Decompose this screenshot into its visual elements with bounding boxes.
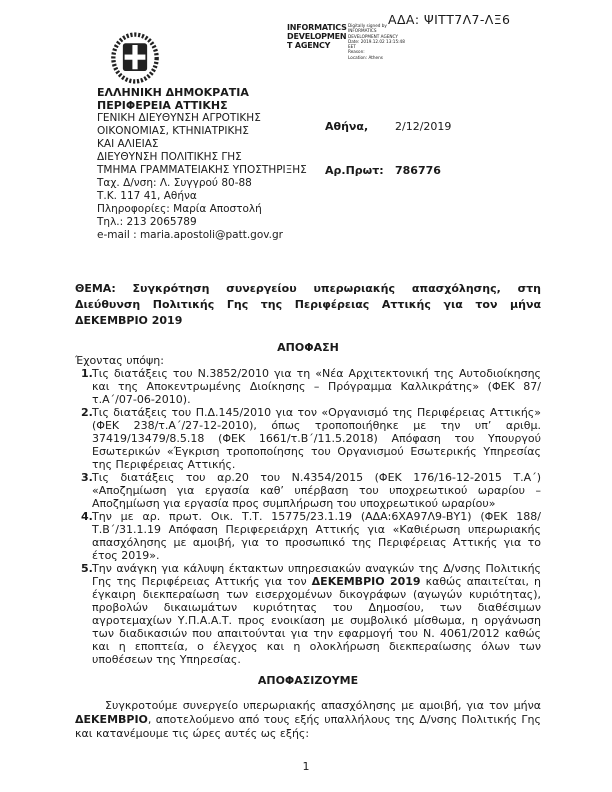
- item-text-run: Τις διατάξεις του Ν.3852/2010 για τη «Νέ…: [92, 367, 541, 406]
- subject-paragraph: ΘΕΜΑ: Συγκρότηση συνεργείου υπερωριακής …: [75, 281, 541, 329]
- email-address: e-mail : maria.apostoli@patt.gov.gr: [97, 229, 337, 242]
- item-text-bold-run: ΔΕΚΕΜΒΡΙΟ 2019: [312, 575, 421, 588]
- city-label: Αθήνα,: [325, 120, 395, 133]
- protocol-row: Αρ.Πρωτ: 786776: [325, 164, 545, 177]
- item-number: 5.: [75, 562, 92, 666]
- item-text: Τις διατάξεις του Π.Δ.145/2010 για τον «…: [92, 406, 541, 471]
- preamble: Έχοντας υπόψη:: [75, 354, 541, 367]
- signature-detail-line: Location: Athens: [348, 55, 405, 60]
- phone-number: Τηλ.: 213 2065789: [97, 216, 337, 229]
- department-line: ΤΜΗΜΑ ΓΡΑΜΜΑΤΕΙΑΚΗΣ ΥΠΟΣΤΗΡΙΞΗΣ: [97, 164, 337, 177]
- region-title: ΠΕΡΙΦΕΡΕΙΑ ΑΤΤΙΚΗΣ: [97, 99, 337, 112]
- item-text: Τις διατάξεις του αρ.20 του Ν.4354/2015 …: [92, 471, 541, 510]
- document-date: 2/12/2019: [395, 120, 451, 133]
- item-number: 2.: [75, 406, 92, 471]
- directorate-line: ΓΕΝΙΚΗ ΔΙΕΥΘΥΝΣΗ ΑΓΡΟΤΙΚΗΣ: [97, 112, 337, 125]
- greek-national-emblem-icon: [109, 32, 161, 84]
- contact-person: Πληροφορίες: Μαρία Αποστολή: [97, 203, 337, 216]
- signature-detail-line: Date: 2019.12.02 13:15:48: [348, 39, 405, 44]
- item-text: Την με αρ. πρωτ. Οικ. Τ.Τ. 15775/23.1.19…: [92, 510, 541, 562]
- letterhead: ΕΛΛΗΝΙΚΗ ΔΗΜΟΚΡΑΤΙΑ ΠΕΡΙΦΕΡΕΙΑ ΑΤΤΙΚΗΣ Γ…: [97, 32, 337, 242]
- closing-paragraph: Συγκροτούμε συνεργείο υπερωριακής απασχό…: [75, 699, 541, 741]
- closing-text-run: Συγκροτούμε συνεργείο υπερωριακής απασχό…: [105, 699, 541, 712]
- postal-code: Τ.Κ. 117 41, Αθήνα: [97, 190, 337, 203]
- item-number: 4.: [75, 510, 92, 562]
- item-text: Τις διατάξεις του Ν.3852/2010 για τη «Νέ…: [92, 367, 541, 406]
- protocol-label: Αρ.Πρωτ:: [325, 164, 395, 177]
- country-title: ΕΛΛΗΝΙΚΗ ΔΗΜΟΚΡΑΤΙΑ: [97, 86, 337, 99]
- document-body: ΘΕΜΑ: Συγκρότηση συνεργείου υπερωριακής …: [75, 281, 541, 741]
- considerations-list: 1. Τις διατάξεις του Ν.3852/2010 για τη …: [75, 367, 541, 666]
- directorate-line: ΔΙΕΥΘΥΝΣΗ ΠΟΛΙΤΙΚΗΣ ΓΗΣ: [97, 151, 337, 164]
- item-text-run: Τις διατάξεις του αρ.20 του Ν.4354/2015 …: [92, 471, 541, 510]
- decision-heading: ΑΠΟΦΑΣΗ: [75, 341, 541, 354]
- item-text-run: Τις διατάξεις του Π.Δ.145/2010 για τον «…: [92, 406, 541, 471]
- item-text-run: Την με αρ. πρωτ. Οικ. Τ.Τ. 15775/23.1.19…: [92, 510, 541, 562]
- list-item: 5. Την ανάγκη για κάλυψη έκτακτων υπηρεσ…: [75, 562, 541, 666]
- resolution-heading: ΑΠΟΦΑΣΙΖΟΥΜΕ: [75, 674, 541, 687]
- directorate-line: ΚΑΙ ΑΛΙΕΙΑΣ: [97, 138, 337, 151]
- page-number: 1: [0, 760, 612, 773]
- agency-line: INFORMATICS: [287, 23, 344, 32]
- item-text-run: καθώς απαιτείται, η έγκαιρη διεκπεραίωση…: [92, 575, 541, 666]
- item-number: 1.: [75, 367, 92, 406]
- list-item: 2. Τις διατάξεις του Π.Δ.145/2010 για το…: [75, 406, 541, 471]
- document-page: ΑΔΑ: ΨΙΤΤ7Λ7-ΛΞ6 INFORMATICS DEVELOPMEN …: [0, 0, 612, 792]
- closing-text-bold-run: ΔΕΚΕΜΒΡΙΟ: [75, 713, 148, 726]
- directorate-line: ΟΙΚΟΝΟΜΙΑΣ, ΚΤΗΝΙΑΤΡΙΚΗΣ: [97, 125, 337, 138]
- postal-address: Ταχ. Δ/νση: Λ. Συγγρού 80-88: [97, 177, 337, 190]
- protocol-number: 786776: [395, 164, 441, 177]
- document-meta: Αθήνα, 2/12/2019 Αρ.Πρωτ: 786776: [325, 120, 545, 177]
- list-item: 1. Τις διατάξεις του Ν.3852/2010 για τη …: [75, 367, 541, 406]
- date-row: Αθήνα, 2/12/2019: [325, 120, 545, 133]
- item-number: 3.: [75, 471, 92, 510]
- list-item: 4. Την με αρ. πρωτ. Οικ. Τ.Τ. 15775/23.1…: [75, 510, 541, 562]
- item-text: Την ανάγκη για κάλυψη έκτακτων υπηρεσιακ…: [92, 562, 541, 666]
- list-item: 3. Τις διατάξεις του αρ.20 του Ν.4354/20…: [75, 471, 541, 510]
- signature-details: Digitally signed by INFORMATICS DEVELOPM…: [348, 23, 405, 60]
